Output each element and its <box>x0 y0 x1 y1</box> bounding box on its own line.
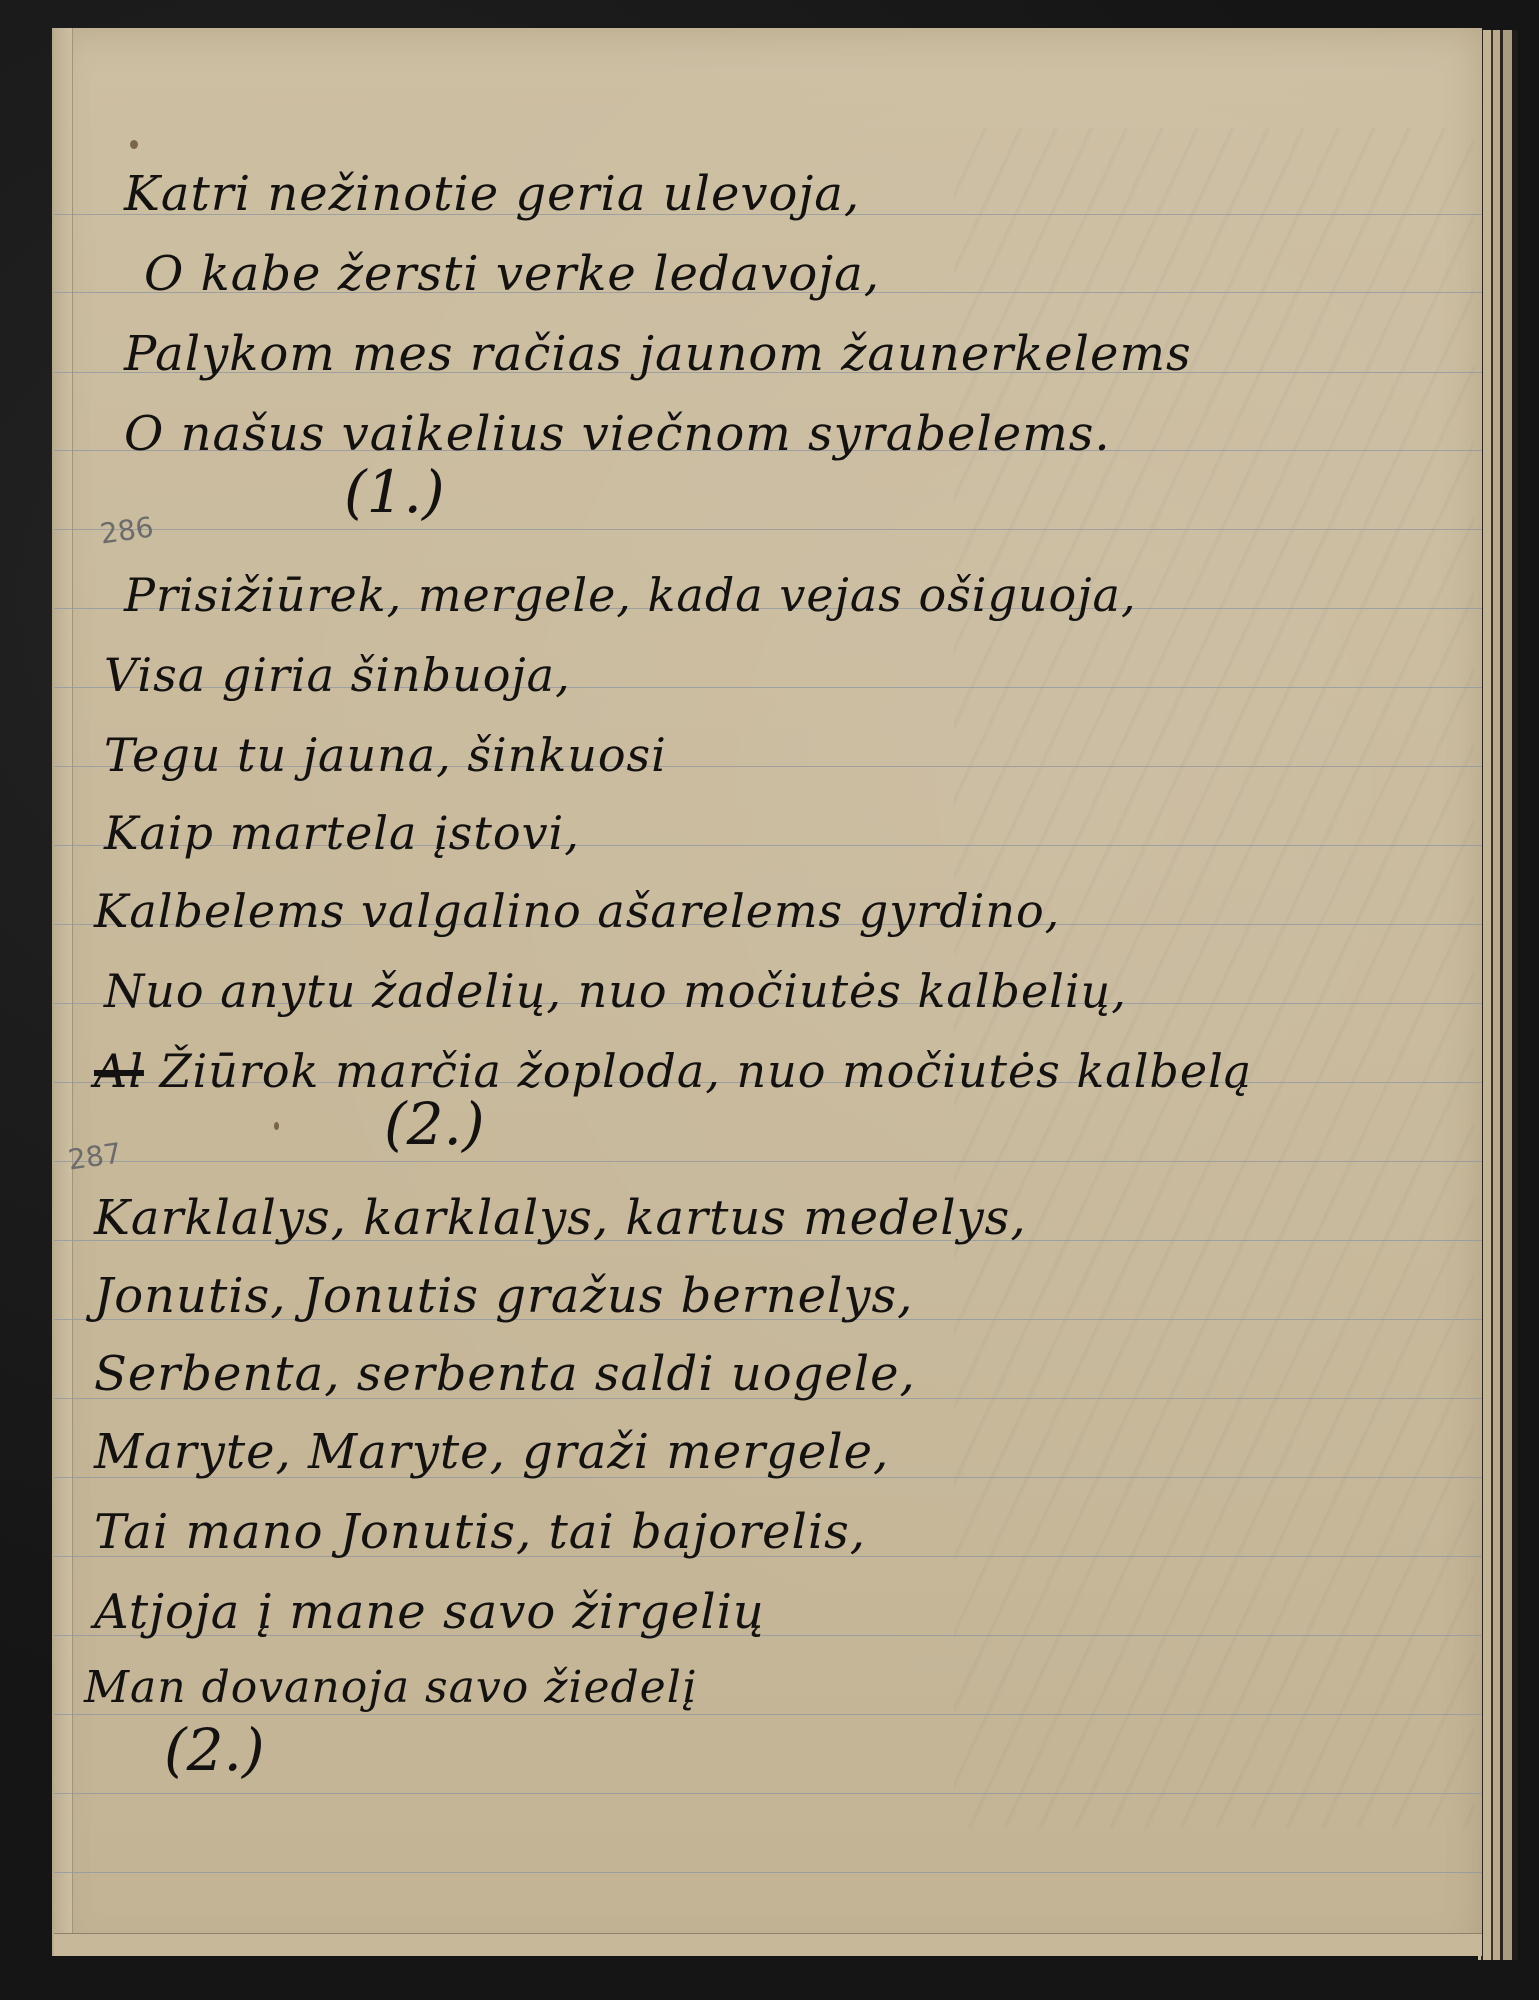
verse-line: Nuo anytu žadelių, nuo močiutės kalbelių… <box>104 964 1127 1018</box>
section-marker-1: (1.) <box>344 458 445 526</box>
margin-note-286: 286 <box>98 510 156 550</box>
verse-line: Jonutis, Jonutis gražus bernelys, <box>94 1268 913 1324</box>
section-marker-2: (2.) <box>384 1090 485 1158</box>
verse-line: Man dovanoja savo žiedelį <box>84 1662 697 1713</box>
verse-line: Prisižiūrek, mergele, kada vejas ošiguoj… <box>124 568 1137 622</box>
verse-line: Palykom mes račias jaunom žaunerkelems <box>124 326 1192 382</box>
page-stack-edges <box>1478 30 1518 1960</box>
verse-line: Tegu tu jauna, šinkuosi <box>104 728 667 782</box>
verse-line: Kalbelems valgalino ašarelems gyrdino, <box>94 884 1060 938</box>
verse-line: Atjoja į mane savo žirgelių <box>94 1584 765 1640</box>
section-marker-3: (2.) <box>164 1716 265 1784</box>
verse-line: Visa giria šinbuoja, <box>104 648 571 702</box>
struck-word: Al <box>94 1044 144 1098</box>
ruled-line <box>54 1793 1482 1794</box>
verse-line: Kaip martela įstovi, <box>104 806 580 860</box>
verse-line: Serbenta, serbenta saldi uogele, <box>94 1346 916 1402</box>
ruled-line <box>54 1872 1482 1873</box>
verse-line: O našus vaikelius viečnom syrabelems. <box>124 406 1111 462</box>
ruled-line <box>54 529 1482 530</box>
verse-line: Tai mano Jonutis, tai bajorelis, <box>94 1504 866 1560</box>
ink-spot <box>130 140 138 149</box>
verse-line: Katri nežinotie geria ulevoja, <box>124 166 860 222</box>
ruled-line <box>54 1161 1482 1162</box>
ink-spot <box>274 1122 279 1130</box>
ruled-line <box>54 1714 1482 1715</box>
page-fold-edge <box>54 28 73 1956</box>
notebook-page: Katri nežinotie geria ulevoja, O kabe že… <box>52 28 1482 1956</box>
verse-line: Maryte, Maryte, graži mergele, <box>94 1424 889 1480</box>
verse-line: O kabe žersti verke ledavoja, <box>144 246 880 302</box>
margin-note-287: 287 <box>66 1136 124 1176</box>
verse-text: Žiūrok marčia žoploda, nuo močiutės kalb… <box>160 1044 1253 1098</box>
verse-line: Karklalys, karklalys, kartus medelys, <box>94 1190 1027 1246</box>
verse-line-with-strikeout: Al Žiūrok marčia žoploda, nuo močiutės k… <box>94 1044 1252 1098</box>
